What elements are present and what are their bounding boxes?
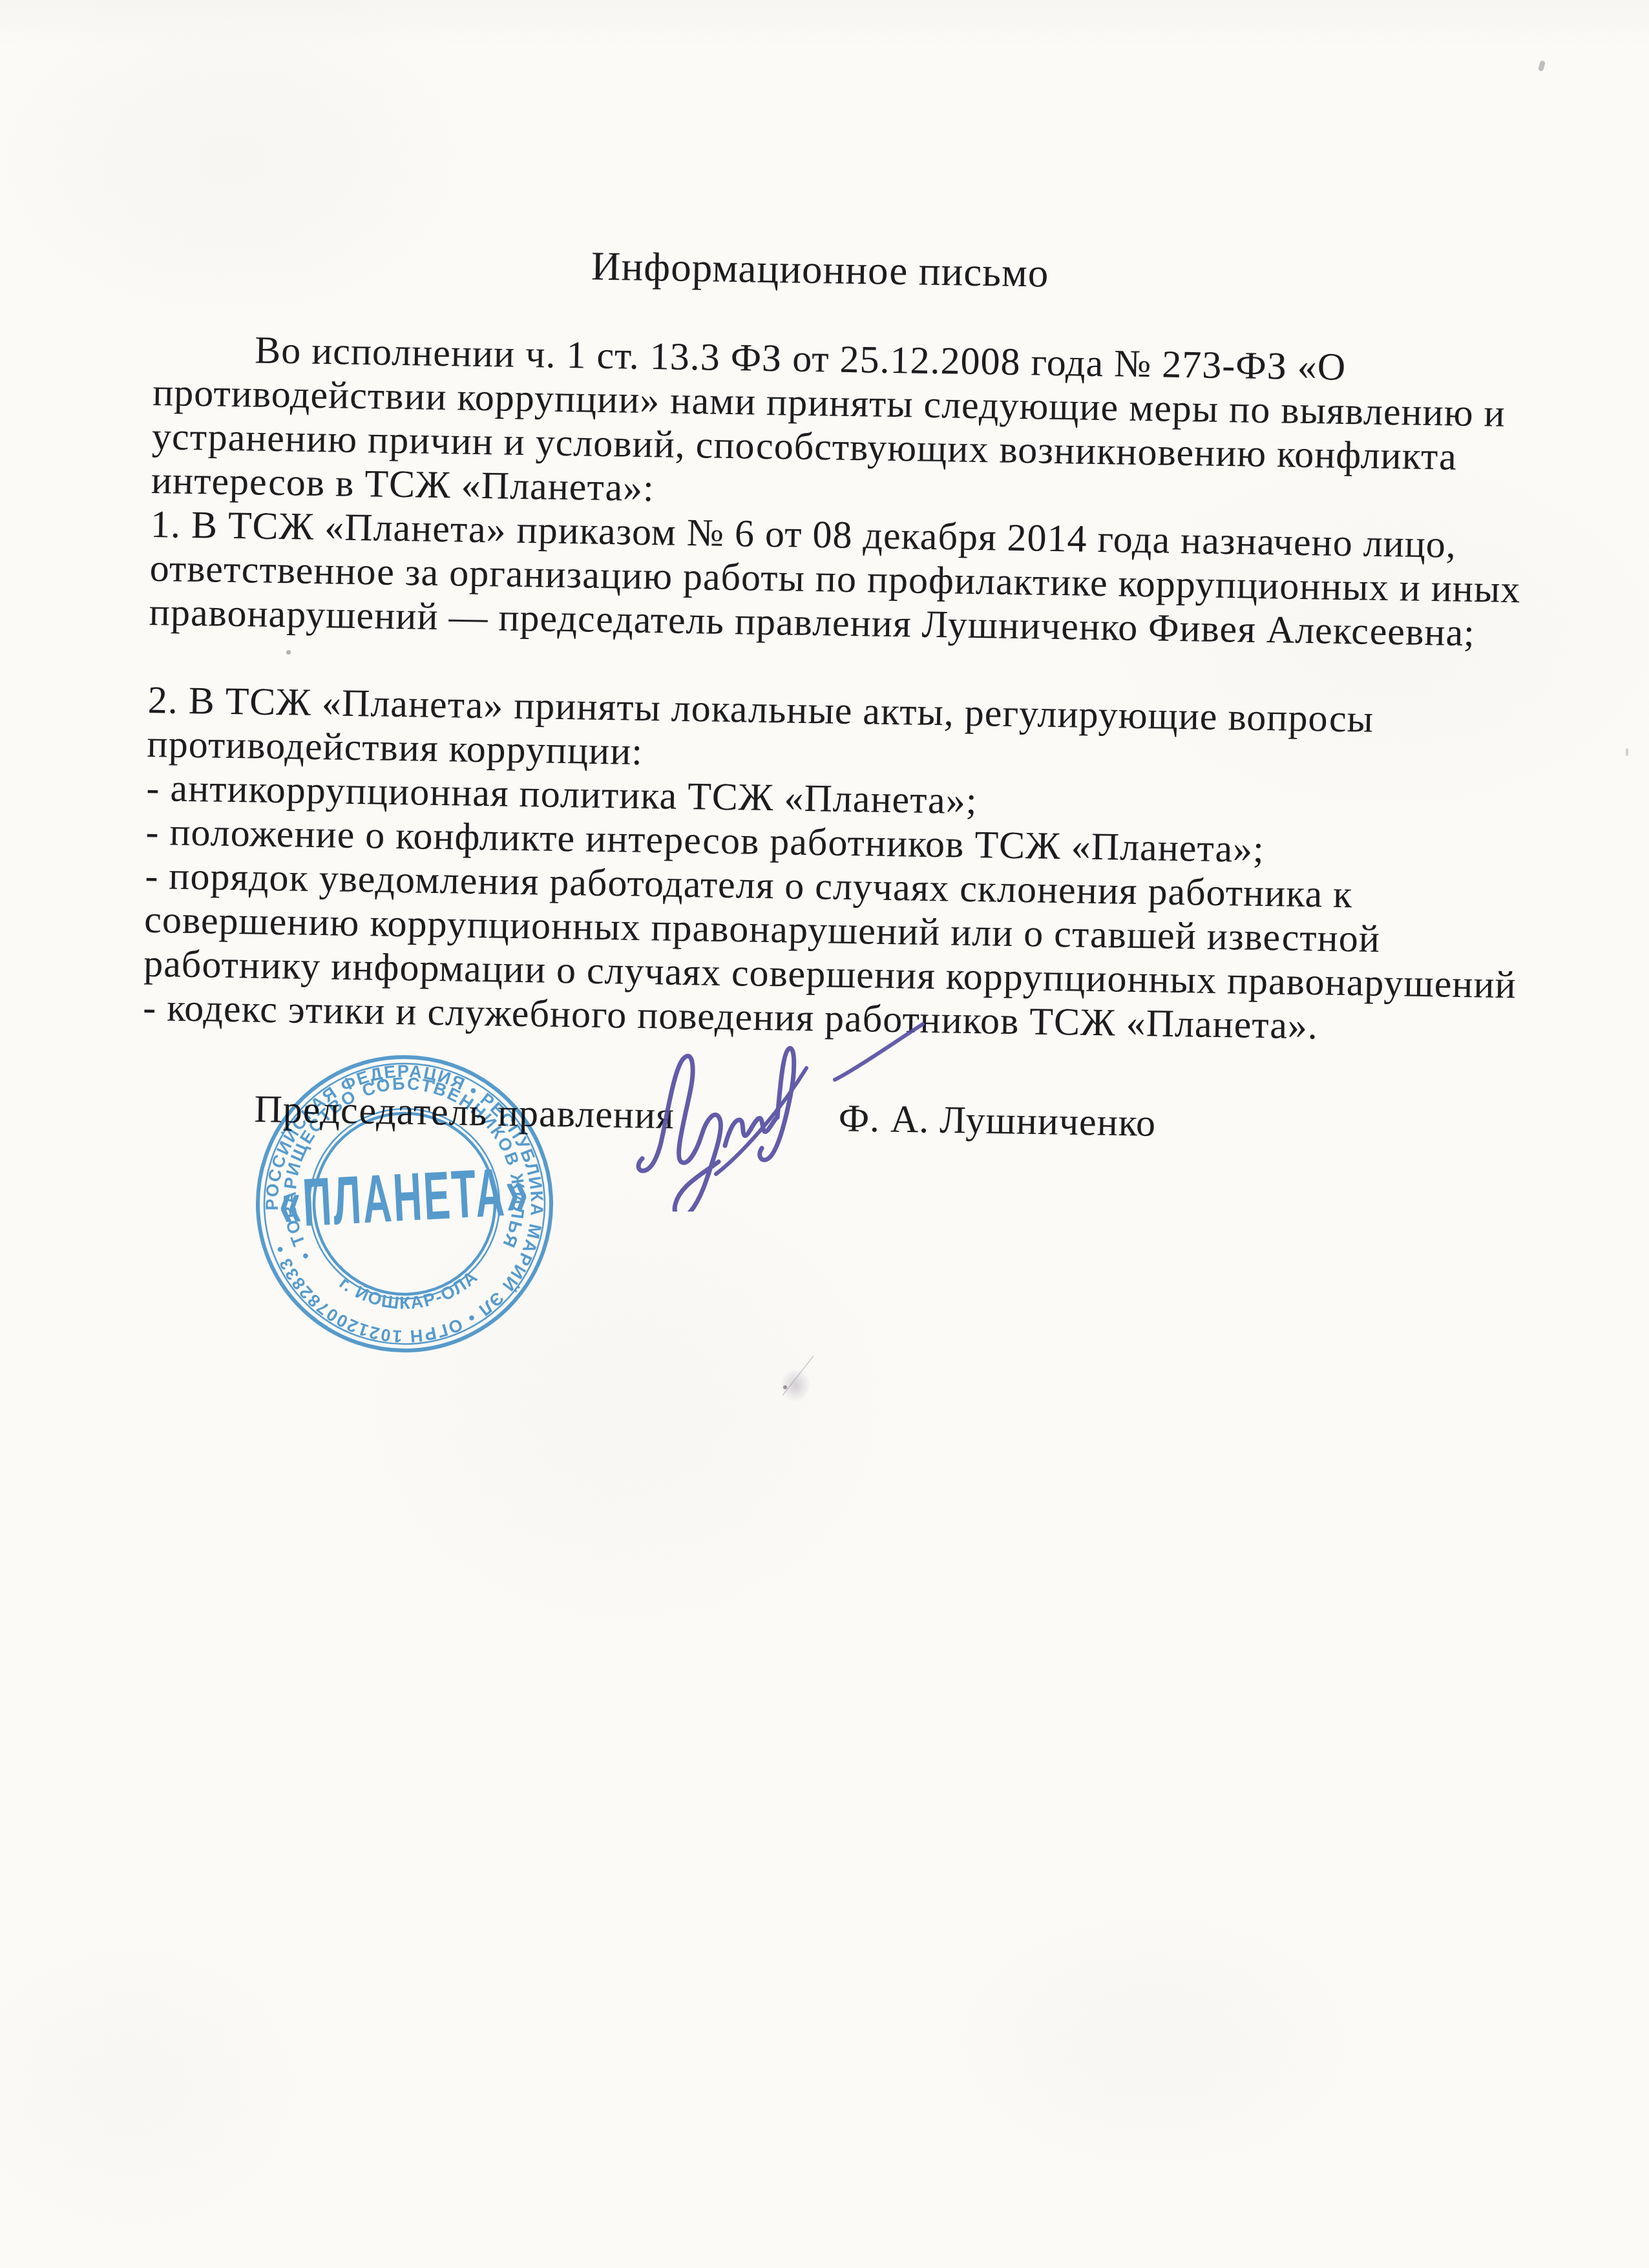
scan-speck [1626,748,1628,756]
handwritten-signature [614,985,950,1212]
scanned-letter-page: { "doc": { "title": "Информационное пись… [0,0,1649,2268]
page-title: Информационное письмо [96,235,1544,304]
scan-smudge [781,1369,810,1402]
signature-stroke [760,1048,794,1160]
letter-body: Информационное письмо Во исполнении ч. 1… [143,236,1602,1052]
letter-text: Во исполнении ч. 1 ст. 13.3 ФЗ от 25.12.… [143,326,1601,1052]
stamp-center-text: «ПЛАНЕТА» [277,1153,532,1242]
signature-flourish-stroke [835,1024,923,1080]
signature-stroke [638,1056,720,1212]
scan-scratch [782,1356,814,1396]
round-stamp: РОССИЙСКАЯ ФЕДЕРАЦИЯ • РЕСПУБЛИКА МАРИЙ … [242,1041,567,1367]
scan-smudge-dot [783,1385,787,1389]
scan-speck [1538,60,1546,72]
